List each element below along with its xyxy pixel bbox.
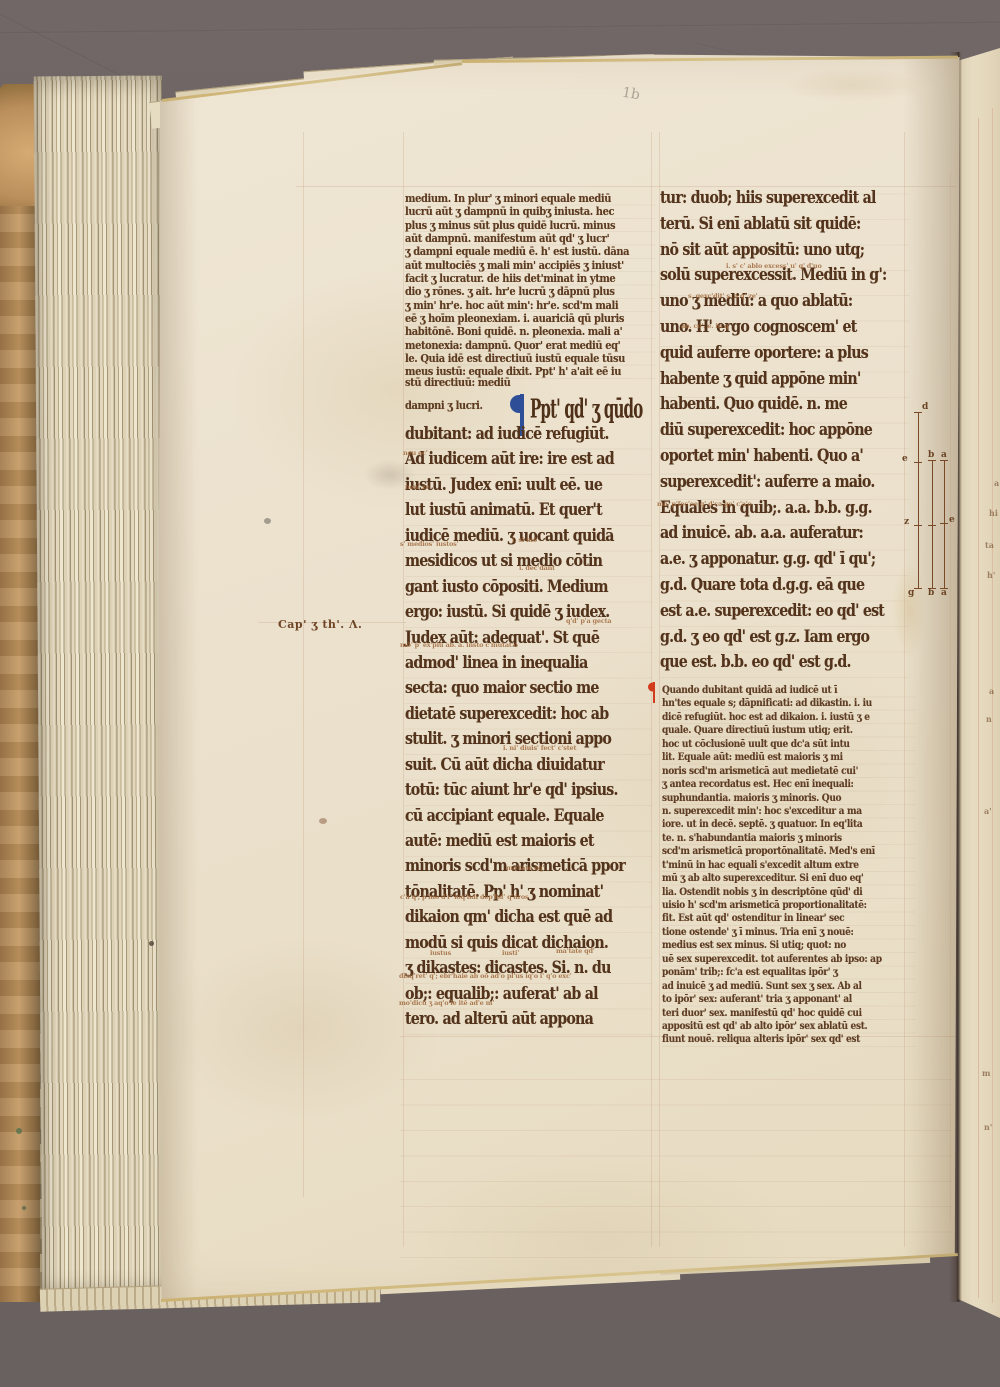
manuscript-text-line: te. n. s'habundantia maioris ʒ minoris	[662, 832, 915, 845]
next-folio-text-fragment: hi	[989, 508, 998, 518]
manuscript-text-line: ʒ min' hr'e. hoc aūt min': hr'e. scd'm m…	[405, 299, 655, 312]
next-folio-edge: ahitah'ana'mn'	[958, 48, 1000, 1318]
diagram-tick	[928, 525, 936, 526]
interlinear-gloss: iustus	[430, 949, 451, 957]
manuscript-text-line: uē sex superexcedit. tot auferentes ab i…	[662, 953, 915, 966]
manuscript-text-line: dubitant: ad iudicē refugiūt.	[405, 424, 653, 449]
manuscript-text-line: iustū. Judex enī: uult eē. ue	[405, 475, 653, 500]
manuscript-text-line: noris scd'm arismeticā aut medietatē cui…	[662, 765, 915, 778]
interlinear-gloss: iusti'	[502, 949, 519, 957]
diagram-tick	[940, 523, 948, 524]
margin-chapter-note: Cap' ʒ th'. Λ.	[278, 618, 362, 631]
manuscript-text-line: ergo: iustū. Si quidē ʒ iudex.	[405, 602, 653, 627]
manuscript-text-line: suit. Cū aūt dicha diuidatur	[405, 755, 653, 780]
manuscript-text-line: g.d. ʒ eo qd' est g.z. Iam ergo	[660, 627, 909, 653]
foxing-stain	[784, 68, 924, 102]
manuscript-text-line: lucrū aūt ʒ dampnū in quibʒ iniusta. hec	[405, 205, 655, 218]
interlinear-gloss: i. s' c' ablo excess' u' q' d'uo	[726, 262, 822, 270]
left-column-small-text: medium. In plur' ʒ minori equale mediūlu…	[405, 192, 655, 379]
manuscript-text-line: lut iustū animatū. Et quer't	[405, 500, 653, 525]
manuscript-text-line: eē ʒ hoīm pleonexiam. i. auariciā qū plu…	[405, 312, 655, 325]
manuscript-text-line: quid auferre oportere: a plus	[660, 343, 909, 369]
diagram-end-tick	[928, 460, 936, 461]
manuscript-text-line: dicē refugiūt. hoc est ad dikaion. i. iu…	[662, 711, 915, 724]
interlinear-gloss: i. dec'dant	[519, 564, 555, 572]
next-folio-text-fragment: h'	[987, 570, 995, 580]
manuscript-text-line: habenti. Quo quidē. n. me	[660, 394, 909, 420]
manuscript-text-line: g.d. Quare tota d.g.g. eā que	[660, 575, 909, 601]
left-column-main-text: dubitant: ad iudicē refugiūt.Ad iudicem …	[405, 424, 653, 1035]
manuscript-text-line: a.e. ʒ apponatur. g.g. qd' ī qu';	[660, 549, 909, 575]
manuscript-text-line: iore. ut in decē. septē. ʒ quatuor. In e…	[662, 818, 915, 831]
manuscript-text-line: scd'm arismeticā proportōnalitatē. Med's…	[662, 845, 915, 858]
diagram-label: b	[928, 450, 934, 460]
manuscript-text-line: ʒ antea recordatus est. Hec enī inequali…	[662, 778, 915, 791]
manuscript-text-line: dikaion qm' dicha est quē ad	[405, 907, 653, 932]
next-folio-text-fragment: a'	[984, 806, 992, 816]
manuscript-text-line: Quando dubitant quidā ad iudicē ut ī	[662, 684, 915, 697]
manuscript-text-line: ad inuicē ʒ ad mediū. Sunt sex ʒ sex. Ab…	[662, 980, 915, 993]
diagram-end-tick	[914, 588, 922, 589]
spot-stain	[264, 518, 271, 524]
manuscript-text-line: dio ʒ rōnes. ʒ ait. hr'e lucrū ʒ dāpnū p…	[405, 285, 655, 298]
diagram-label: a	[941, 588, 947, 598]
ink-speck	[149, 941, 154, 946]
next-folio-text-fragment: n'	[984, 1122, 992, 1132]
diagram-tick	[914, 525, 922, 526]
manuscript-text-line: plus ʒ minus sūt plus quidē lucrū. minus	[405, 219, 655, 232]
diagram-label: a	[941, 450, 947, 460]
manuscript-text-line: admod' linea in inequalia	[405, 653, 653, 678]
manuscript-text-line: oportet min' habenti. Quo a'	[660, 446, 909, 472]
manuscript-text-line: superexcedit': auferre a maio.	[660, 472, 909, 498]
manuscript-text-line: teri duor' sex. manifestū qd' hoc quidē …	[662, 1007, 915, 1020]
manuscript-text-line: diū superexcedit: hoc appōne	[660, 420, 909, 446]
page-shading	[156, 52, 202, 1304]
diagram-label: e	[949, 515, 955, 525]
manuscript-text-line: ponām' trib;: fc'a est equalitas ipōr' ʒ	[662, 966, 915, 979]
diagram-label: z	[904, 517, 909, 527]
manuscript-text-line: quale. Quare directiuū iustum utiq; erit…	[662, 724, 915, 737]
next-folio-text-fragment: n	[986, 714, 992, 724]
manuscript-text-line: metonexia: dampnū. Quor' erat mediū eq'	[405, 339, 655, 352]
manuscript-page: 1b Cap' ʒ th'. Λ. medium. In plur' ʒ min…	[156, 52, 962, 1304]
manuscript-text-line: habente ʒ quid appōne min'	[660, 369, 909, 395]
manuscript-text-line: hn'tes equale s; dāpnificati: ad dikasti…	[662, 697, 915, 710]
diagram-tick	[914, 462, 922, 463]
manuscript-text-line: est a.e. superexcedit: eo qd' est	[660, 601, 909, 627]
diagram-end-tick	[914, 412, 922, 413]
margin-line-diagram: dgezbbaae	[902, 404, 962, 604]
manuscript-text-line: ad inuicē. ab. a.a. auferatur:	[660, 523, 909, 549]
manuscript-text-line: aūt dampnū. manifestum aūt qd' ʒ lucr'	[405, 232, 655, 245]
manuscript-text-line: totū: tūc aiunt hr'e qd' ipsius.	[405, 780, 653, 805]
interlinear-gloss: i. si mō	[512, 536, 537, 544]
red-paraph-mark	[648, 682, 656, 704]
ruling-line	[296, 186, 956, 187]
spot-stain	[452, 1292, 457, 1296]
manuscript-text-line: t'minū in hac equali s'excedit altum ext…	[662, 859, 915, 872]
page-edge-stack	[34, 76, 171, 1303]
interlinear-gloss: s. gexc'dit' s. a q' ze'	[688, 292, 757, 300]
manuscript-text-line: ʒ dampni equale mediū ē. h' est iustū. d…	[405, 245, 655, 258]
manuscript-text-line: tur: duob; hiis superexcedit al	[660, 188, 909, 214]
interlinear-gloss: s' medios' iustos'	[400, 540, 458, 548]
right-column-commentary-text: Quando dubitant quidā ad iudicē ut īhn't…	[662, 684, 915, 1047]
diagram-vertical-line	[918, 412, 919, 588]
interlinear-gloss: ab. co'. e. in q'	[681, 322, 730, 330]
diagram-label: g	[908, 588, 914, 598]
manuscript-text-line: le. Quia idē est directiuū iustū equale …	[405, 352, 655, 365]
manuscript-text-line: mū ʒ ab alto superexceditur. Si enī duo …	[662, 872, 915, 885]
manuscript-text-line: terū. Si enī ablatū sit quidē:	[660, 214, 909, 240]
interlinear-gloss: dixq'ret' q'; ebr'haie ab oō ad'o pl'us …	[399, 972, 572, 980]
manuscript-text-line: to ipōr' sex: auferant' tria ʒ apponant'…	[662, 993, 915, 1006]
diagram-end-tick	[940, 460, 948, 461]
incipit-text: Ppt' qd' ʒ qūdo	[530, 394, 642, 425]
next-folio-text-fragment: a	[989, 686, 994, 696]
manuscript-text-line: appositū est qd' ab alto ipōr' sex ablat…	[662, 1020, 915, 1033]
manuscript-text-line: gant iusto cōpositi. Medium	[405, 577, 653, 602]
interlinear-gloss: nen' ze'	[405, 483, 431, 491]
interlinear-gloss: i. ni' diuis' fect' c'stet	[503, 744, 576, 752]
manuscript-text-line: aūt multociēs ʒ mali min' accipiēs ʒ ini…	[405, 259, 655, 272]
manuscript-text-line: cū accipiant equale. Equale	[405, 806, 653, 831]
diagram-label: e	[902, 454, 908, 464]
ruling-line	[978, 118, 979, 1298]
manuscript-text-line: habitōnē. Boni quidē. n. pleonexia. mali…	[405, 325, 655, 338]
manuscript-text-line: que est. b.b. eo qd' est g.d.	[660, 652, 909, 678]
manuscript-text-line: n. superexcedit min': hoc s'exceditur a …	[662, 805, 915, 818]
folio-pencil-mark: 1b	[621, 85, 641, 104]
backdrop-crease	[0, 22, 1000, 34]
manuscript-text-line: fit. Est aūt qd' ostenditur in linear' s…	[662, 912, 915, 925]
interlinear-gloss: ma'tate qd'	[556, 947, 595, 955]
interlinear-gloss: ma' p'fec'oe q' d'ca ge' c'a'o	[657, 500, 752, 508]
manuscript-text-line: facit ʒ lucratur. de hiis det'minat in y…	[405, 272, 655, 285]
spot-stain	[319, 818, 327, 824]
paraph-stem	[653, 682, 655, 703]
ruling-line	[303, 132, 304, 1197]
manuscript-text-line: medius est sex minus. Si utiq; quot: no	[662, 939, 915, 952]
manuscript-text-line: lia. Ostendit nobis ʒ in descriptōne qūd…	[662, 886, 915, 899]
manuscript-text-line: fiunt nouē. reliqua alteris ipōr' sex qd…	[662, 1033, 915, 1046]
diagram-vertical-line	[932, 460, 933, 588]
manuscript-text-line: Ad iudicem aūt ire: ire est ad	[405, 449, 653, 474]
interlinear-gloss: mō' p' ex'plū ab. a. insto c'mutat'o	[400, 641, 518, 649]
manuscript-text-line: lit. Equale aūt: mediū est maioris ʒ mi	[662, 751, 915, 764]
manuscript-text-line: dietatē superexcedit: hoc ab	[405, 704, 653, 729]
manuscript-text-line: tero. ad alterū aūt appona	[405, 1009, 653, 1034]
photograph-backdrop: { "photo": { "backdrop_color": "#6d6462"…	[0, 0, 1000, 1387]
next-folio-text-fragment: a	[994, 478, 999, 488]
interlinear-gloss: q'd' p'a gecta	[566, 617, 611, 625]
manuscript-text-line: medium. In plur' ʒ minori equale mediū	[405, 192, 655, 205]
blank-line-ruling	[400, 1060, 952, 1258]
manuscript-text-line: tione ostende' ʒ ī minus. Tria enī ʒ nou…	[662, 926, 915, 939]
manuscript-text-line: secta: quo maior sectio me	[405, 678, 653, 703]
manuscript-text-line: uisio h' scd'm arismeticā proportionalit…	[662, 899, 915, 912]
interlinear-gloss: neu ec'	[403, 449, 428, 457]
next-folio-text-fragment: ta	[985, 540, 994, 550]
manuscript-text-line: suphundantia. maioris ʒ minoris. Quo	[662, 792, 915, 805]
manuscript-text-line: autē: mediū est maioris et	[405, 831, 653, 856]
interlinear-gloss: mo'dicū ʒ aq'o'le itē ad'e m'	[399, 999, 494, 1007]
mold-speck	[22, 1206, 26, 1210]
interlinear-gloss: ma'tate aq'	[506, 864, 544, 872]
interlinear-gloss: c'a q'; p'mo d'r' loq'ndi dep'hd' q'dros	[400, 893, 528, 901]
manuscript-text-line: hoc ut cōclusionē uult que dc'a sūt intu	[662, 738, 915, 751]
diagram-label: b	[928, 588, 934, 598]
diagram-label: d	[922, 402, 928, 412]
mold-speck	[16, 1128, 22, 1134]
next-folio-text-fragment: m	[982, 1068, 990, 1078]
